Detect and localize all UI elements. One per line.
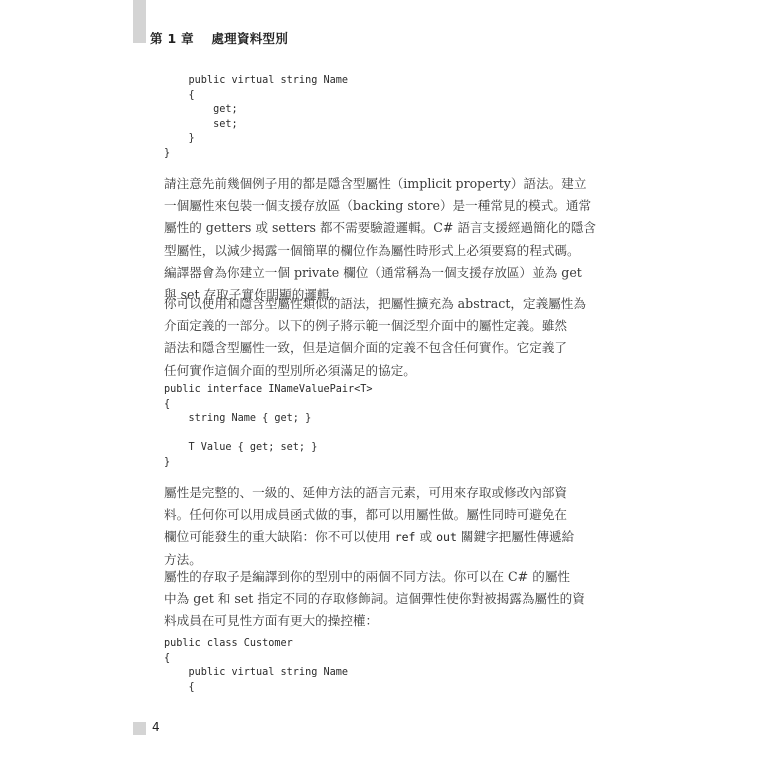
paragraph-interface-property: 你可以使用和隱含型屬性類似的語法，把屬性擴充為 abstract，定義屬性為 介… bbox=[164, 293, 610, 382]
code-line: public virtual string Name bbox=[164, 667, 348, 678]
text-line: 介面定義的一部分。以下的例子將示範一個泛型介面中的屬性定義。雖然 bbox=[164, 315, 610, 337]
page-number-marker bbox=[133, 722, 146, 735]
text-line: 語法和隱含型屬性一致，但是這個介面的定義不包含任何實作。它定義了 bbox=[164, 337, 610, 359]
code-line: { bbox=[164, 682, 195, 693]
text-line: 型屬性，以減少揭露一個簡單的欄位作為屬性時形式上必須要寫的程式碼。 bbox=[164, 240, 610, 262]
text-line: 編譯器會為你建立一個 private 欄位（通常稱為一個支援存放區）並為 get bbox=[164, 262, 610, 284]
code-line: T Value { get; set; } bbox=[164, 442, 317, 453]
text-fragment: 欄位可能發生的重大缺陷：你不可以使用 bbox=[164, 529, 395, 544]
code-block-interface: public interface INameValuePair<T> { str… bbox=[164, 383, 373, 470]
chapter-header: 第 1 章 處理資料型別 bbox=[150, 29, 288, 47]
text-fragment: 關鍵字把屬性傳遞給 bbox=[457, 529, 574, 544]
code-line: } bbox=[164, 133, 195, 144]
code-line: set; bbox=[164, 119, 238, 130]
text-line: 料成員在可見性方面有更大的操控權： bbox=[164, 610, 610, 632]
text-line: 屬性的存取子是編譯到你的型別中的兩個不同方法。你可以在 C# 的屬性 bbox=[164, 566, 610, 588]
keyword-ref: ref bbox=[395, 530, 416, 544]
page-number: 4 bbox=[152, 720, 160, 734]
code-line: public interface INameValuePair<T> bbox=[164, 384, 373, 395]
code-line: { bbox=[164, 653, 170, 664]
code-line: get; bbox=[164, 104, 238, 115]
text-line: 屬性的 getters 或 setters 都不需要驗證邏輯。C# 語言支援經過… bbox=[164, 217, 610, 239]
text-line: 請注意先前幾個例子用的都是隱含型屬性（implicit property）語法。… bbox=[164, 173, 610, 195]
text-line: 欄位可能發生的重大缺陷：你不可以使用 ref 或 out 關鍵字把屬性傳遞給 bbox=[164, 526, 610, 548]
chapter-tab-bar bbox=[133, 0, 146, 43]
paragraph-accessors: 屬性的存取子是編譯到你的型別中的兩個不同方法。你可以在 C# 的屬性 中為 ge… bbox=[164, 566, 610, 633]
code-line: } bbox=[164, 457, 170, 468]
text-line: 屬性是完整的、一級的、延伸方法的語言元素，可用來存取或修改內部資 bbox=[164, 482, 610, 504]
text-line: 任何實作這個介面的型別所必須滿足的協定。 bbox=[164, 360, 610, 382]
code-block-customer: public class Customer { public virtual s… bbox=[164, 637, 348, 695]
code-line: public virtual string Name bbox=[164, 75, 348, 86]
text-line: 中為 get 和 set 指定不同的存取修飾詞。這個彈性使你對被揭露為屬性的資 bbox=[164, 588, 610, 610]
code-line: { bbox=[164, 399, 170, 410]
code-line: { bbox=[164, 90, 195, 101]
text-fragment: 或 bbox=[415, 529, 436, 544]
code-block-property: public virtual string Name { get; set; }… bbox=[164, 74, 348, 161]
code-line: string Name { get; } bbox=[164, 413, 311, 424]
text-line: 料。任何你可以用成員函式做的事，都可以用屬性做。屬性同時可避免在 bbox=[164, 504, 610, 526]
text-line: 一個屬性來包裝一個支援存放區（backing store）是一種常見的模式。通常 bbox=[164, 195, 610, 217]
book-page: 第 1 章 處理資料型別 public virtual string Name … bbox=[0, 0, 757, 757]
paragraph-implicit-property: 請注意先前幾個例子用的都是隱含型屬性（implicit property）語法。… bbox=[164, 173, 610, 306]
keyword-out: out bbox=[436, 530, 457, 544]
code-line: public class Customer bbox=[164, 638, 293, 649]
text-line: 你可以使用和隱含型屬性類似的語法，把屬性擴充為 abstract，定義屬性為 bbox=[164, 293, 610, 315]
paragraph-property-elements: 屬性是完整的、一級的、延伸方法的語言元素，可用來存取或修改內部資 料。任何你可以… bbox=[164, 482, 610, 571]
code-line: } bbox=[164, 148, 170, 159]
